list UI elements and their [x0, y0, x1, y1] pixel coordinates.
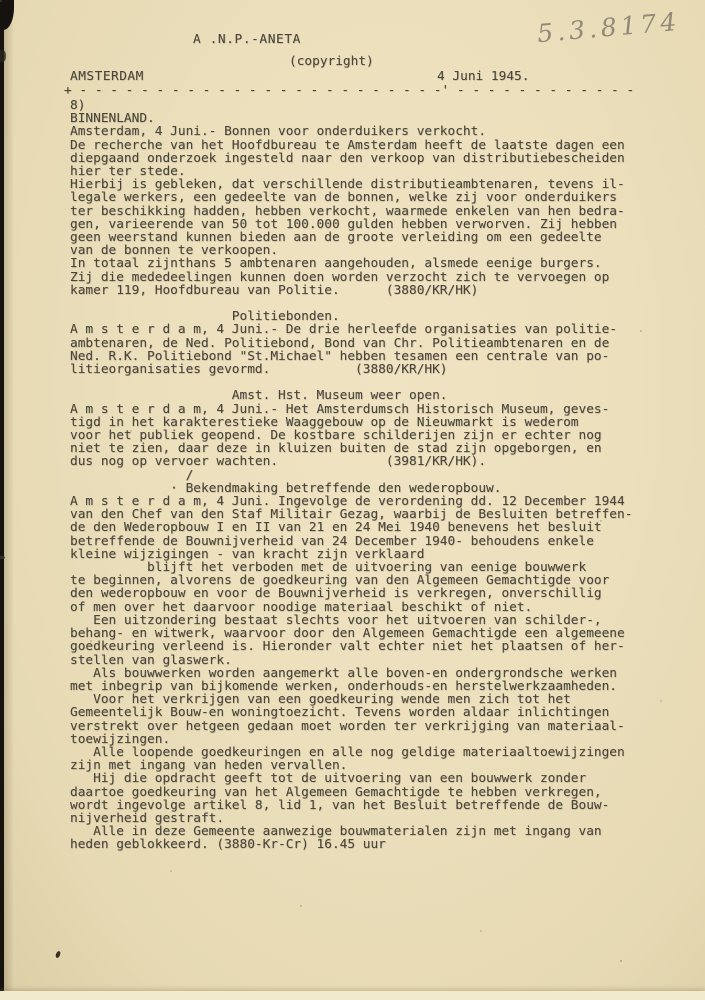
typed-line: Als bouwwerken worden aangemerkt alle bo… — [70, 667, 632, 680]
typed-line: legale werkers, een gedeelte van de bonn… — [70, 191, 632, 204]
handwritten-archive-number: 5.3.8174 — [536, 7, 681, 48]
typed-line: ter beschikking hadden, hebben verkocht,… — [70, 205, 632, 218]
dashed-rule: + - - - - - - - - - - - - - - - - - - - … — [64, 84, 634, 97]
typed-line: In totaal zijnthans 5 ambtenaren aangeho… — [70, 257, 632, 270]
typed-line: wordt ingevolge artikel 8, lid 1, van he… — [70, 799, 632, 812]
typed-line: verstrekt over hetgeen gedaan moet worde… — [70, 720, 632, 733]
typed-line: A m s t e r d a m, 4 Juni.- Het Amsterdu… — [70, 403, 632, 416]
typed-line: / — [70, 469, 632, 482]
typed-line: Amsterdam, 4 Juni.- Bonnen voor onderdui… — [70, 125, 632, 138]
typed-line: de den Wederopbouw I en II van 21 en 24 … — [70, 521, 632, 534]
typed-line: Gemeentelijk Bouw-en woningtoezicht. Tev… — [70, 706, 632, 719]
paper-freckles — [0, 0, 2, 2]
typed-line: dus nog op vervoer wachten. (3981/KR/HK)… — [70, 455, 632, 468]
paper-left-shadow — [4, 0, 14, 1000]
typed-line: litieorganisaties gevormd. (3880/KR/HK) — [70, 363, 632, 376]
typed-line: heden geblokkeerd. (3880-Kr-Cr) 16.45 uu… — [70, 838, 632, 851]
typed-line: ambtenaren, de Ned. Politiebond, Bond va… — [70, 337, 632, 350]
typed-line: stellen van glaswerk. — [70, 654, 632, 667]
agency-title: A .N.P.-ANETA — [193, 33, 301, 46]
typed-line: of men over het daarvoor noodige materia… — [70, 601, 632, 614]
typed-line: Hij die opdracht geeft tot de uitvoering… — [70, 772, 632, 785]
typed-line: goedkeuring verleend is. Hieronder valt … — [70, 640, 632, 653]
typed-line: A m s t e r d a m, 4 Juni.- De drie herl… — [70, 323, 632, 336]
typed-line: betreffende de Bouwnijverheid van 24 Dec… — [70, 535, 632, 548]
copyright-line: (copyright) — [289, 55, 374, 68]
scanned-document-page: 5.3.8174 A .N.P.-ANETA (copyright) AMSTE… — [0, 0, 705, 1000]
ink-speck — [0, 556, 5, 559]
typed-line: Amst. Hst. Museum weer open. — [70, 389, 632, 402]
typed-line: den wederopbouw en voor de Bouwnijverhei… — [70, 587, 632, 600]
typed-line: toewijzingen. — [70, 733, 632, 746]
date-label: 4 Juni 1945. — [437, 70, 529, 83]
typed-line: Zij die mededeelingen kunnen doen worden… — [70, 271, 632, 284]
ink-speck — [55, 951, 61, 959]
typed-line: De recherche van het Hoofdbureau te Amst… — [70, 139, 632, 152]
document-body: 8)BINNENLAND.Amsterdam, 4 Juni.- Bonnen … — [70, 99, 632, 852]
city-label: AMSTERDAM — [70, 70, 144, 83]
typed-line: kamer 119, Hoofdbureau van Politie. (388… — [70, 284, 632, 297]
typed-line: daartoe goedkeuring van het Algemeen Gem… — [70, 786, 632, 799]
edge-ink-mark — [0, 50, 6, 62]
paper-bottom-edge — [0, 991, 705, 1000]
